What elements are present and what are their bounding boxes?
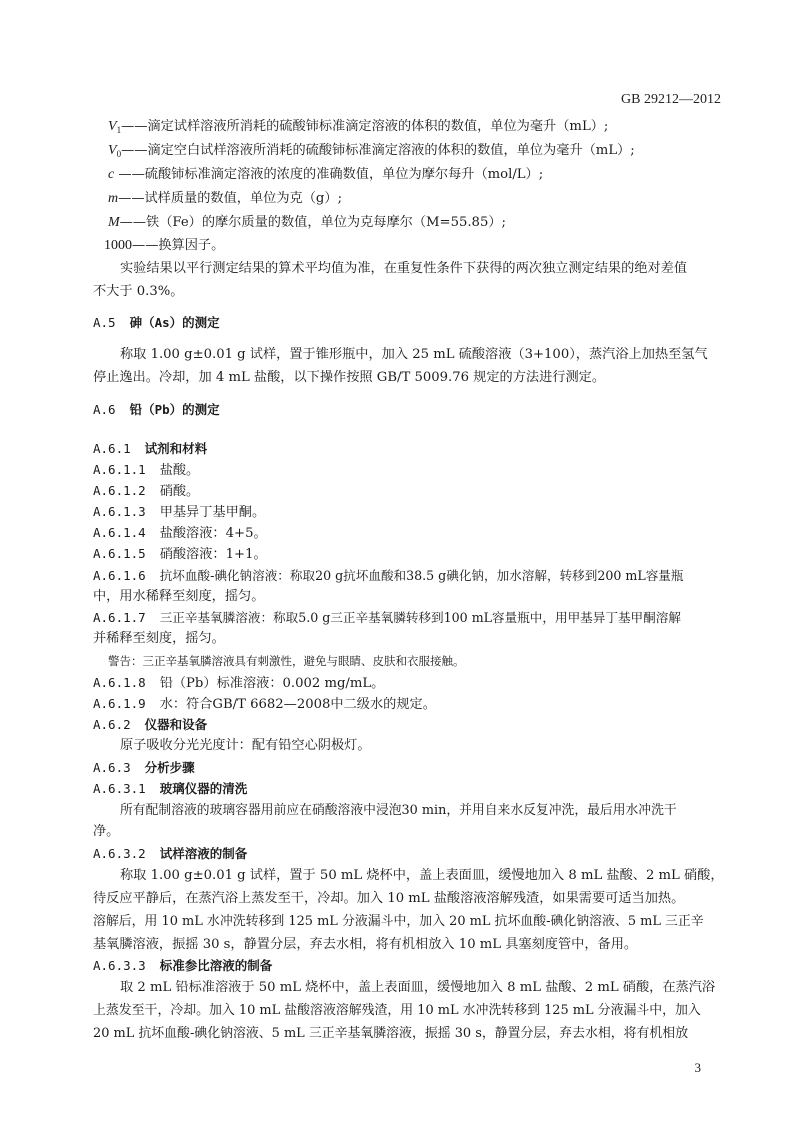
- result-paragraph-line1: 实验结果以平行测定结果的算术平均值为准，在重复性条件下获得的两次独立测定结果的绝…: [120, 258, 723, 279]
- section-number: A.6.2: [93, 717, 131, 732]
- a633-line2: 上蒸发至干，冷却。加入 10 mL 盐酸溶液溶解残渣，用 10 mL 水冲洗转移…: [93, 1000, 723, 1021]
- item-text: 抗坏血酸-碘化钠溶液：称取20 g抗坏血酸和38.5 g碘化钠，加水溶解，转移到…: [160, 568, 684, 583]
- item-a617-continued: 并稀释至刻度，摇匀。: [93, 628, 723, 649]
- item-a615: A.6.1.5硝酸溶液：1+1。: [93, 543, 723, 565]
- definition-v1: V1——滴定试样溶液所消耗的硫酸铈标准滴定溶液的体积的数值，单位为毫升（mL）;: [108, 116, 738, 141]
- a632-line1: 称取 1.00 g±0.01 g 试样，置于 50 mL 烧杯中，盖上表面皿，缓…: [120, 865, 750, 886]
- section-heading-a63: A.6.3分析步骤: [93, 757, 723, 778]
- section-title: 玻璃仪器的清洗: [160, 781, 248, 796]
- item-number: A.6.1.5: [93, 546, 146, 561]
- definition-text: ——试样质量的数值，单位为克（g）;: [118, 191, 342, 206]
- a5-paragraph-line2: 停止逸出。冷却，加 4 mL 盐酸，以下操作按照 GB/T 5009.76 规定…: [93, 367, 723, 388]
- item-a616-continued: 中，用水稀释至刻度，摇匀。: [93, 586, 723, 607]
- item-text: 水：符合GB/T 6682—2008中二级水的规定。: [160, 697, 436, 712]
- warning-note: 警告：三正辛基氧膦溶液具有刺激性，避免与眼睛、皮肤和衣服接触。: [108, 651, 738, 672]
- section-heading-a632: A.6.3.2试样溶液的制备: [93, 843, 723, 864]
- a631-line1: 所有配制溶液的玻璃容器用前应在硝酸溶液中浸泡30 min，并用自来水反复冲洗，最…: [120, 800, 750, 821]
- definition-text: ——滴定空白试样溶液所消耗的硫酸铈标准滴定溶液的体积的数值，单位为毫升（mL）;: [121, 143, 635, 158]
- a633-line1: 取 2 mL 铅标准溶液于 50 mL 烧杯中，盖上表面皿，缓慢地加入 8 mL…: [120, 977, 750, 998]
- definition-text: ——铁（Fe）的摩尔质量的数值，单位为克每摩尔（M=55.85）;: [120, 215, 506, 230]
- section-heading-a6: A.6铅（Pb）的测定: [93, 399, 723, 420]
- section-title: 铅（Pb）的测定: [130, 402, 220, 417]
- item-text: 三正辛基氧膦溶液：称取5.0 g三正辛基氧膦转移到100 mL容量瓶中，用甲基异…: [160, 610, 681, 625]
- item-number: A.6.1.8: [93, 675, 146, 690]
- page-number: 3: [695, 1060, 702, 1076]
- section-heading-a633: A.6.3.3标准参比溶液的制备: [93, 955, 723, 976]
- section-number: A.5: [93, 315, 116, 330]
- item-a612: A.6.1.2硝酸。: [93, 480, 723, 502]
- symbol: M: [108, 215, 120, 230]
- item-text: 盐酸溶液：4+5。: [160, 526, 267, 541]
- section-number: A.6.3.1: [93, 781, 146, 796]
- item-number: A.6.1.1: [93, 462, 146, 477]
- a5-paragraph-line1: 称取 1.00 g±0.01 g 试样，置于锥形瓶中，加入 25 mL 硫酸溶液…: [120, 344, 750, 365]
- section-title: 分析步骤: [145, 760, 195, 775]
- item-number: A.6.1.4: [93, 525, 146, 540]
- section-title: 砷（As）的测定: [130, 315, 220, 330]
- definition-text: ——硫酸铈标准滴定溶液的浓度的准确数值，单位为摩尔每升（mol/L）;: [114, 167, 543, 182]
- item-text: 硝酸溶液：1+1。: [160, 547, 267, 562]
- section-heading-a631: A.6.3.1玻璃仪器的清洗: [93, 778, 723, 799]
- item-text: 甲基异丁基甲酮。: [160, 505, 266, 520]
- section-heading-a61: A.6.1试剂和材料: [93, 438, 723, 459]
- section-number: A.6: [93, 402, 116, 417]
- standard-code: GB 29212—2012: [621, 92, 721, 108]
- symbol: V: [108, 143, 117, 158]
- a633-line3: 20 mL 抗坏血酸-碘化钠溶液、5 mL 三正辛基氧膦溶液，振摇 30 s，静…: [93, 1023, 723, 1044]
- section-number: A.6.1: [93, 441, 131, 456]
- item-a619: A.6.1.9水：符合GB/T 6682—2008中二级水的规定。: [93, 693, 723, 715]
- section-number: A.6.3: [93, 760, 131, 775]
- definition-m: m——试样质量的数值，单位为克（g）;: [108, 188, 738, 209]
- a632-line3: 溶解后，用 10 mL 水冲洗转移到 125 mL 分液漏斗中，加入 20 mL…: [93, 911, 723, 932]
- item-number: A.6.1.7: [93, 610, 146, 625]
- definition-factor: 1000——换算因子。: [104, 235, 734, 256]
- symbol: m: [108, 191, 118, 206]
- section-title: 试剂和材料: [145, 441, 208, 456]
- item-text: 硝酸。: [160, 484, 200, 499]
- section-heading-a5: A.5砷（As）的测定: [93, 312, 723, 333]
- a632-line2: 待反应平静后，在蒸汽浴上蒸发至干，冷却。加入 10 mL 盐酸溶液溶解残渣，如果…: [93, 888, 723, 909]
- item-a613: A.6.1.3甲基异丁基甲酮。: [93, 501, 723, 523]
- item-number: A.6.1.6: [93, 568, 146, 583]
- item-a617: A.6.1.7三正辛基氧膦溶液：称取5.0 g三正辛基氧膦转移到100 mL容量…: [93, 607, 723, 628]
- definition-v0: V0——滴定空白试样溶液所消耗的硫酸铈标准滴定溶液的体积的数值，单位为毫升（mL…: [108, 140, 738, 165]
- a631-line2: 净。: [93, 821, 723, 842]
- item-number: A.6.1.9: [93, 696, 146, 711]
- item-a618: A.6.1.8铅（Pb）标准溶液：0.002 mg/mL。: [93, 672, 723, 694]
- definition-text: ——滴定试样溶液所消耗的硫酸铈标准滴定溶液的体积的数值，单位为毫升（mL）;: [121, 119, 608, 134]
- item-text: 盐酸。: [160, 463, 200, 478]
- definition-c: c ——硫酸铈标准滴定溶液的浓度的准确数值，单位为摩尔每升（mol/L）;: [108, 164, 738, 185]
- a632-line4: 基氧膦溶液，振摇 30 s，静置分层，弃去水相，将有机相放入 10 mL 具塞刻…: [93, 934, 723, 955]
- section-number: A.6.3.3: [93, 958, 146, 973]
- definition-text: ——换算因子。: [132, 238, 224, 253]
- item-number: A.6.1.2: [93, 483, 146, 498]
- section-heading-a62: A.6.2仪器和设备: [93, 714, 723, 735]
- symbol: 1000: [104, 238, 132, 253]
- item-a611: A.6.1.1盐酸。: [93, 459, 723, 481]
- definition-molar-mass: M——铁（Fe）的摩尔质量的数值，单位为克每摩尔（M=55.85）;: [108, 212, 738, 233]
- item-a614: A.6.1.4盐酸溶液：4+5。: [93, 522, 723, 544]
- symbol: V: [108, 119, 117, 134]
- item-text: 铅（Pb）标准溶液：0.002 mg/mL。: [160, 676, 385, 691]
- a62-text: 原子吸收分光光度计：配有铅空心阴极灯。: [120, 735, 750, 756]
- section-title: 仪器和设备: [145, 717, 208, 732]
- section-number: A.6.3.2: [93, 846, 146, 861]
- section-title: 试样溶液的制备: [160, 846, 248, 861]
- result-paragraph-line2: 不大于 0.3%。: [93, 281, 723, 302]
- section-title: 标准参比溶液的制备: [160, 958, 273, 973]
- item-number: A.6.1.3: [93, 504, 146, 519]
- document-page: GB 29212—2012 V1——滴定试样溶液所消耗的硫酸铈标准滴定溶液的体积…: [0, 0, 793, 1122]
- item-a616: A.6.1.6抗坏血酸-碘化钠溶液：称取20 g抗坏血酸和38.5 g碘化钠，加…: [93, 565, 723, 586]
